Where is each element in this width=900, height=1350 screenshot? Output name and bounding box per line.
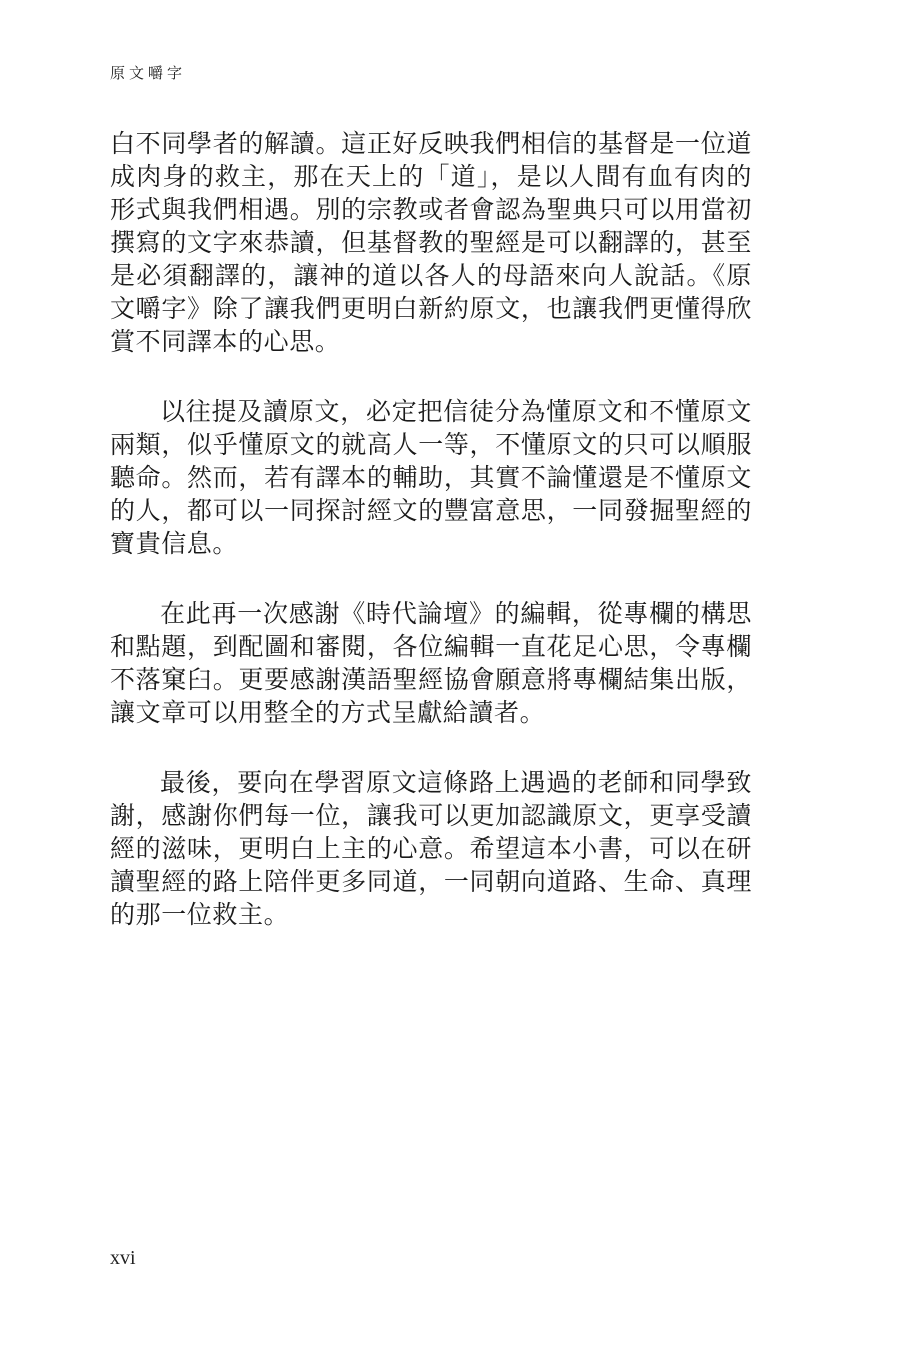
body-text: 白不同學者的解讀。這正好反映我們相信的基督是一位道成肉身的救主，那在天上的「道」… xyxy=(110,127,752,968)
paragraph-2: 以往提及讀原文，必定把信徒分為懂原文和不懂原文兩類，似乎懂原文的就高人一等，不懂… xyxy=(110,395,752,560)
page-number: xvi xyxy=(110,1246,136,1270)
paragraph-4: 最後，要向在學習原文這條路上遇過的老師和同學致謝，感謝你們每一位，讓我可以更加認… xyxy=(110,766,752,931)
paragraph-1: 白不同學者的解讀。這正好反映我們相信的基督是一位道成肉身的救主，那在天上的「道」… xyxy=(110,127,752,358)
running-header-title: 原文嚼字 xyxy=(110,63,186,83)
paragraph-3: 在此再一次感謝《時代論壇》的編輯，從專欄的構思和點題，到配圖和審閱，各位編輯一直… xyxy=(110,597,752,729)
